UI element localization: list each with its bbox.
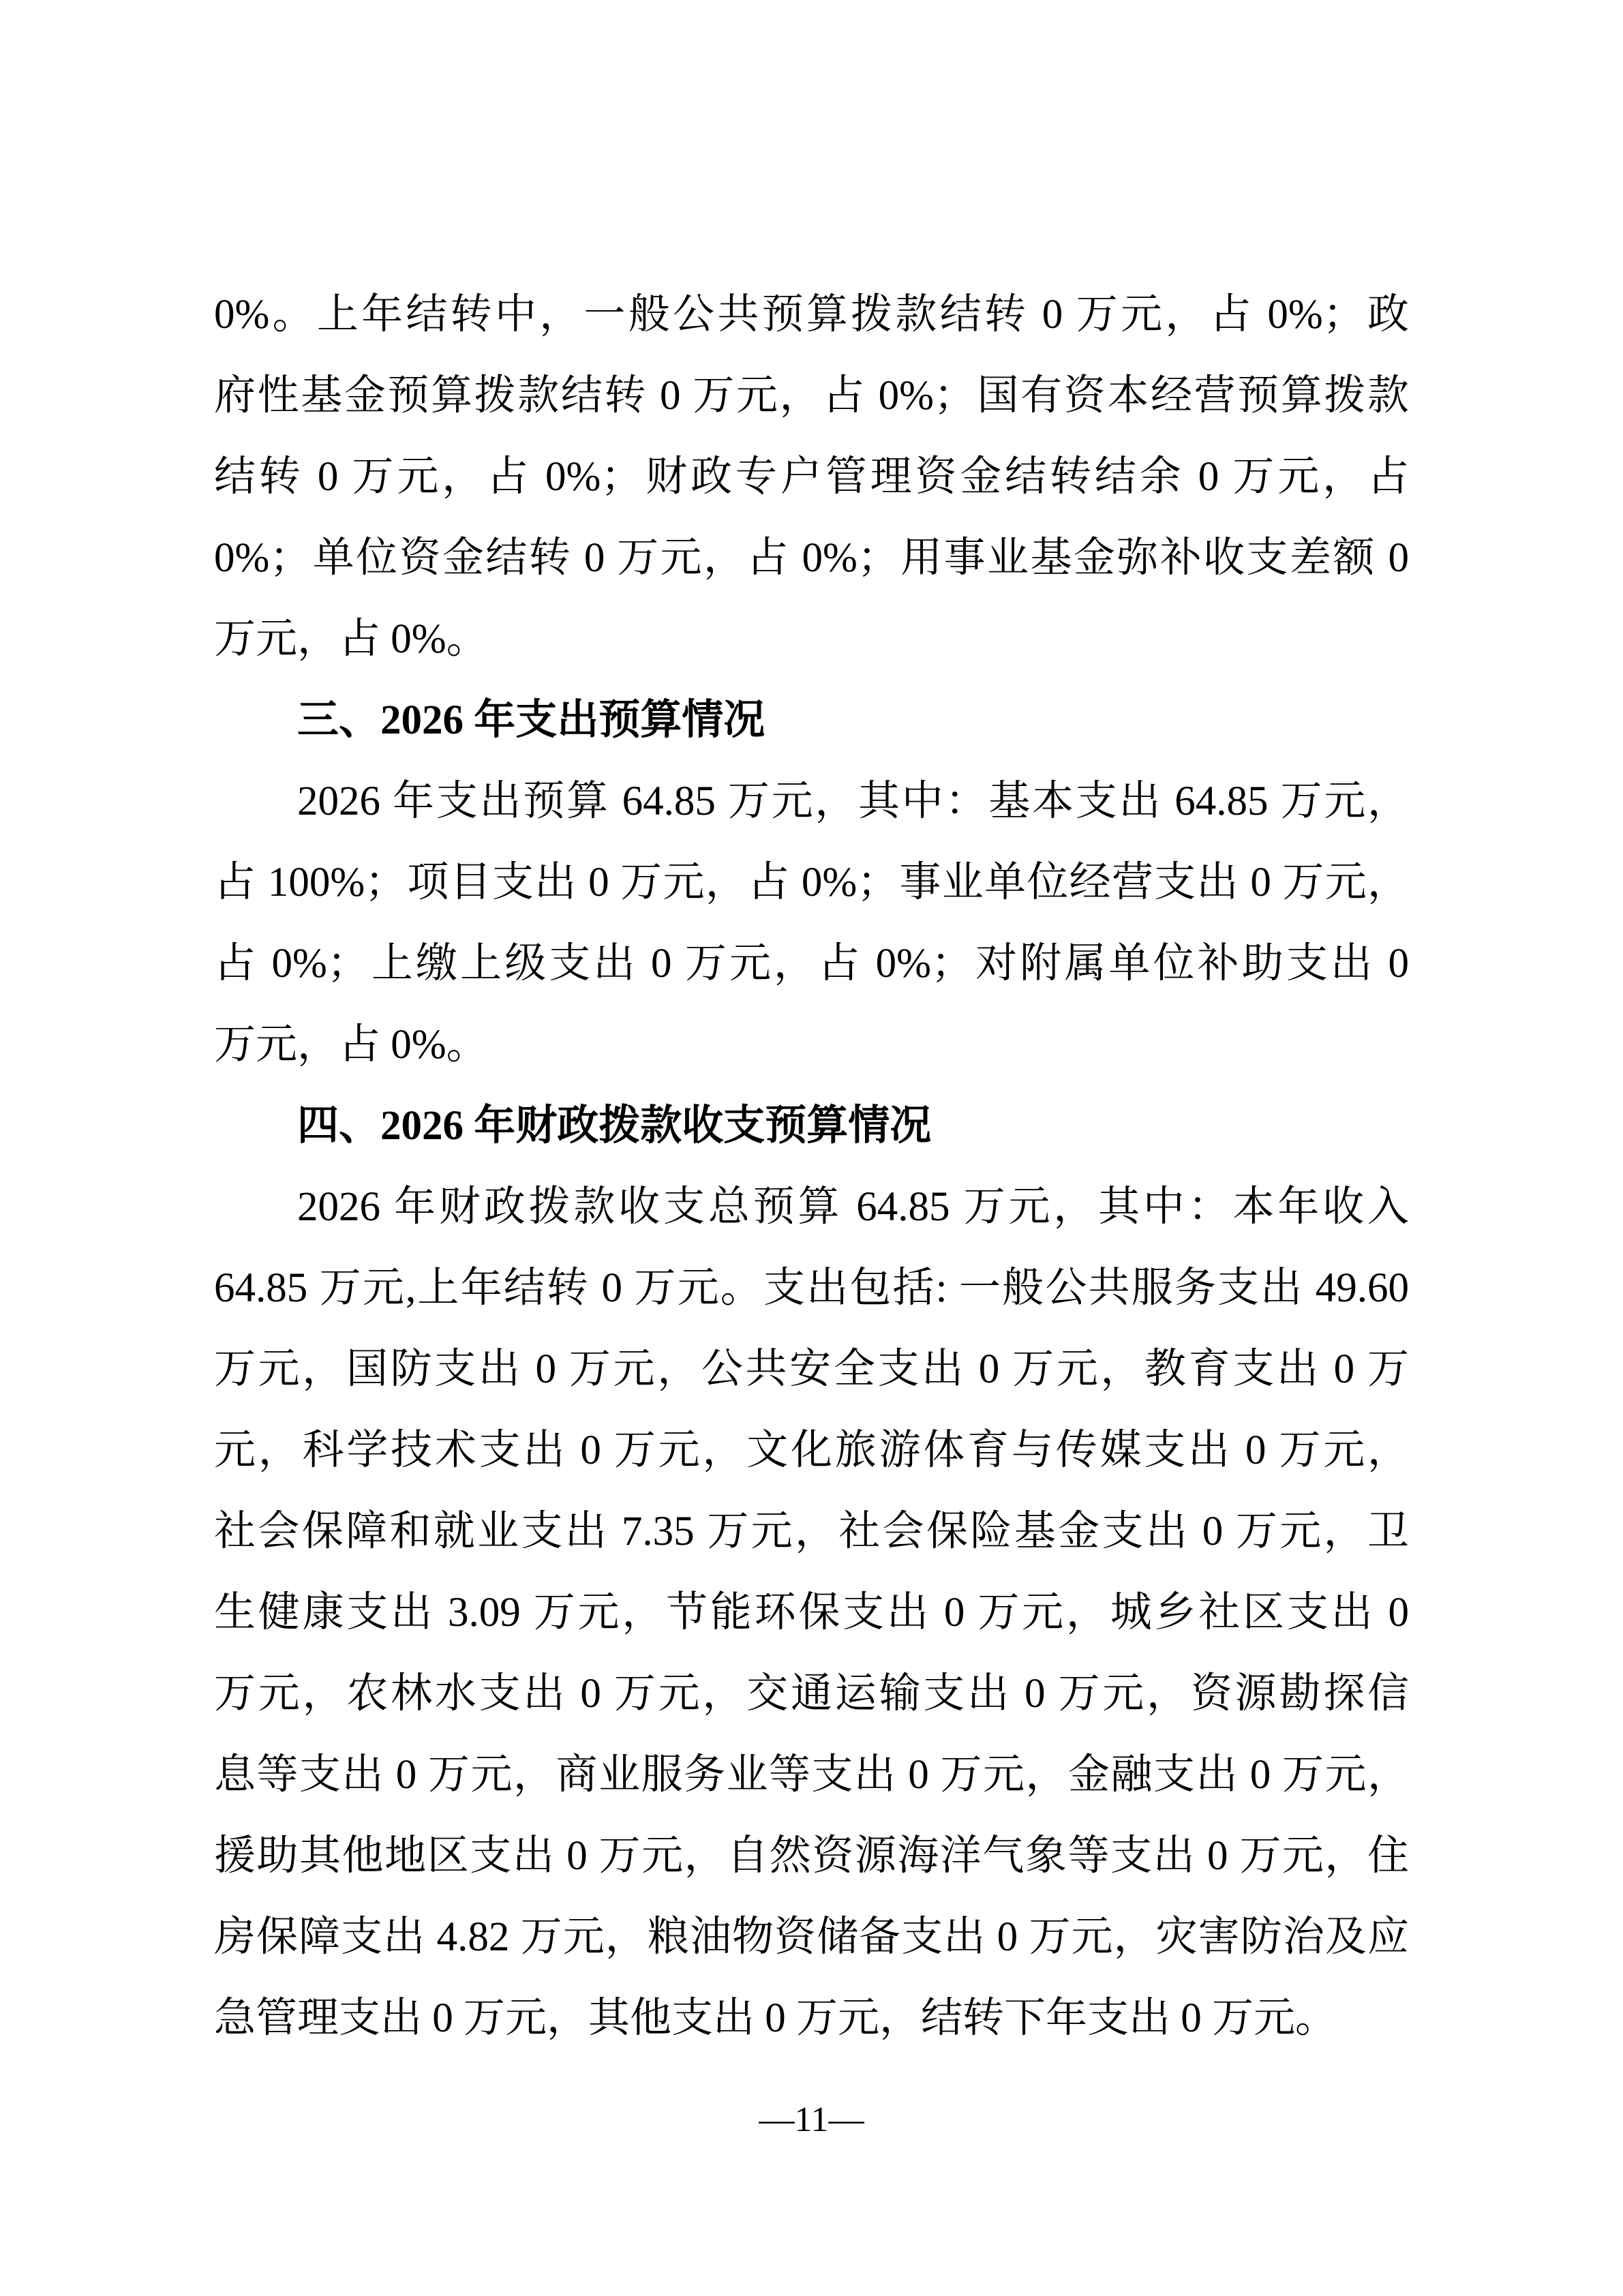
text-line: 万元，占 0%。 <box>214 1004 1409 1085</box>
text-line: 息等支出 0 万元，商业服务业等支出 0 万元，金融支出 0 万元， <box>214 1734 1409 1815</box>
text-line: 援助其他地区支出 0 万元，自然资源海洋气象等支出 0 万元，住 <box>214 1815 1409 1897</box>
document-page: 0%。上年结转中，一般公共预算拨款结转 0 万元，占 0%；政府性基金预算拨款结… <box>0 0 1623 2296</box>
text-line: 万元，占 0%。 <box>214 599 1409 680</box>
text-line: 社会保障和就业支出 7.35 万元，社会保险基金支出 0 万元，卫 <box>214 1491 1409 1572</box>
text-line: 0%；单位资金结转 0 万元，占 0%；用事业基金弥补收支差额 0 <box>214 517 1409 599</box>
section-heading: 四、2026 年财政拨款收支预算情况 <box>214 1085 1409 1166</box>
text-line: 急管理支出 0 万元，其他支出 0 万元，结转下年支出 0 万元。 <box>214 1978 1409 2059</box>
text-line: 0%。上年结转中，一般公共预算拨款结转 0 万元，占 0%；政 <box>214 274 1409 355</box>
text-line: 房保障支出 4.82 万元，粮油物资储备支出 0 万元，灾害防治及应 <box>214 1897 1409 1978</box>
section-heading: 三、2026 年支出预算情况 <box>214 680 1409 761</box>
text-line: 万元，国防支出 0 万元，公共安全支出 0 万元，教育支出 0 万 <box>214 1329 1409 1410</box>
text-line: 占 0%；上缴上级支出 0 万元，占 0%；对附属单位补助支出 0 <box>214 923 1409 1004</box>
text-line: 元，科学技术支出 0 万元，文化旅游体育与传媒支出 0 万元， <box>214 1410 1409 1491</box>
document-body: 0%。上年结转中，一般公共预算拨款结转 0 万元，占 0%；政府性基金预算拨款结… <box>214 274 1409 2059</box>
text-line: 府性基金预算拨款结转 0 万元，占 0%；国有资本经营预算拨款 <box>214 355 1409 436</box>
text-line: 占 100%；项目支出 0 万元，占 0%；事业单位经营支出 0 万元， <box>214 842 1409 923</box>
text-line: 2026 年财政拨款收支总预算 64.85 万元，其中：本年收入 <box>214 1166 1409 1248</box>
text-line: 结转 0 万元，占 0%；财政专户管理资金结转结余 0 万元，占 <box>214 436 1409 517</box>
text-line: 万元，农林水支出 0 万元，交通运输支出 0 万元，资源勘探信 <box>214 1653 1409 1734</box>
text-line: 2026 年支出预算 64.85 万元，其中：基本支出 64.85 万元， <box>214 761 1409 842</box>
page-number: —11— <box>0 2096 1623 2144</box>
text-line: 64.85 万元,上年结转 0 万元。支出包括: 一般公共服务支出 49.60 <box>214 1248 1409 1329</box>
text-line: 生健康支出 3.09 万元，节能环保支出 0 万元，城乡社区支出 0 <box>214 1572 1409 1653</box>
